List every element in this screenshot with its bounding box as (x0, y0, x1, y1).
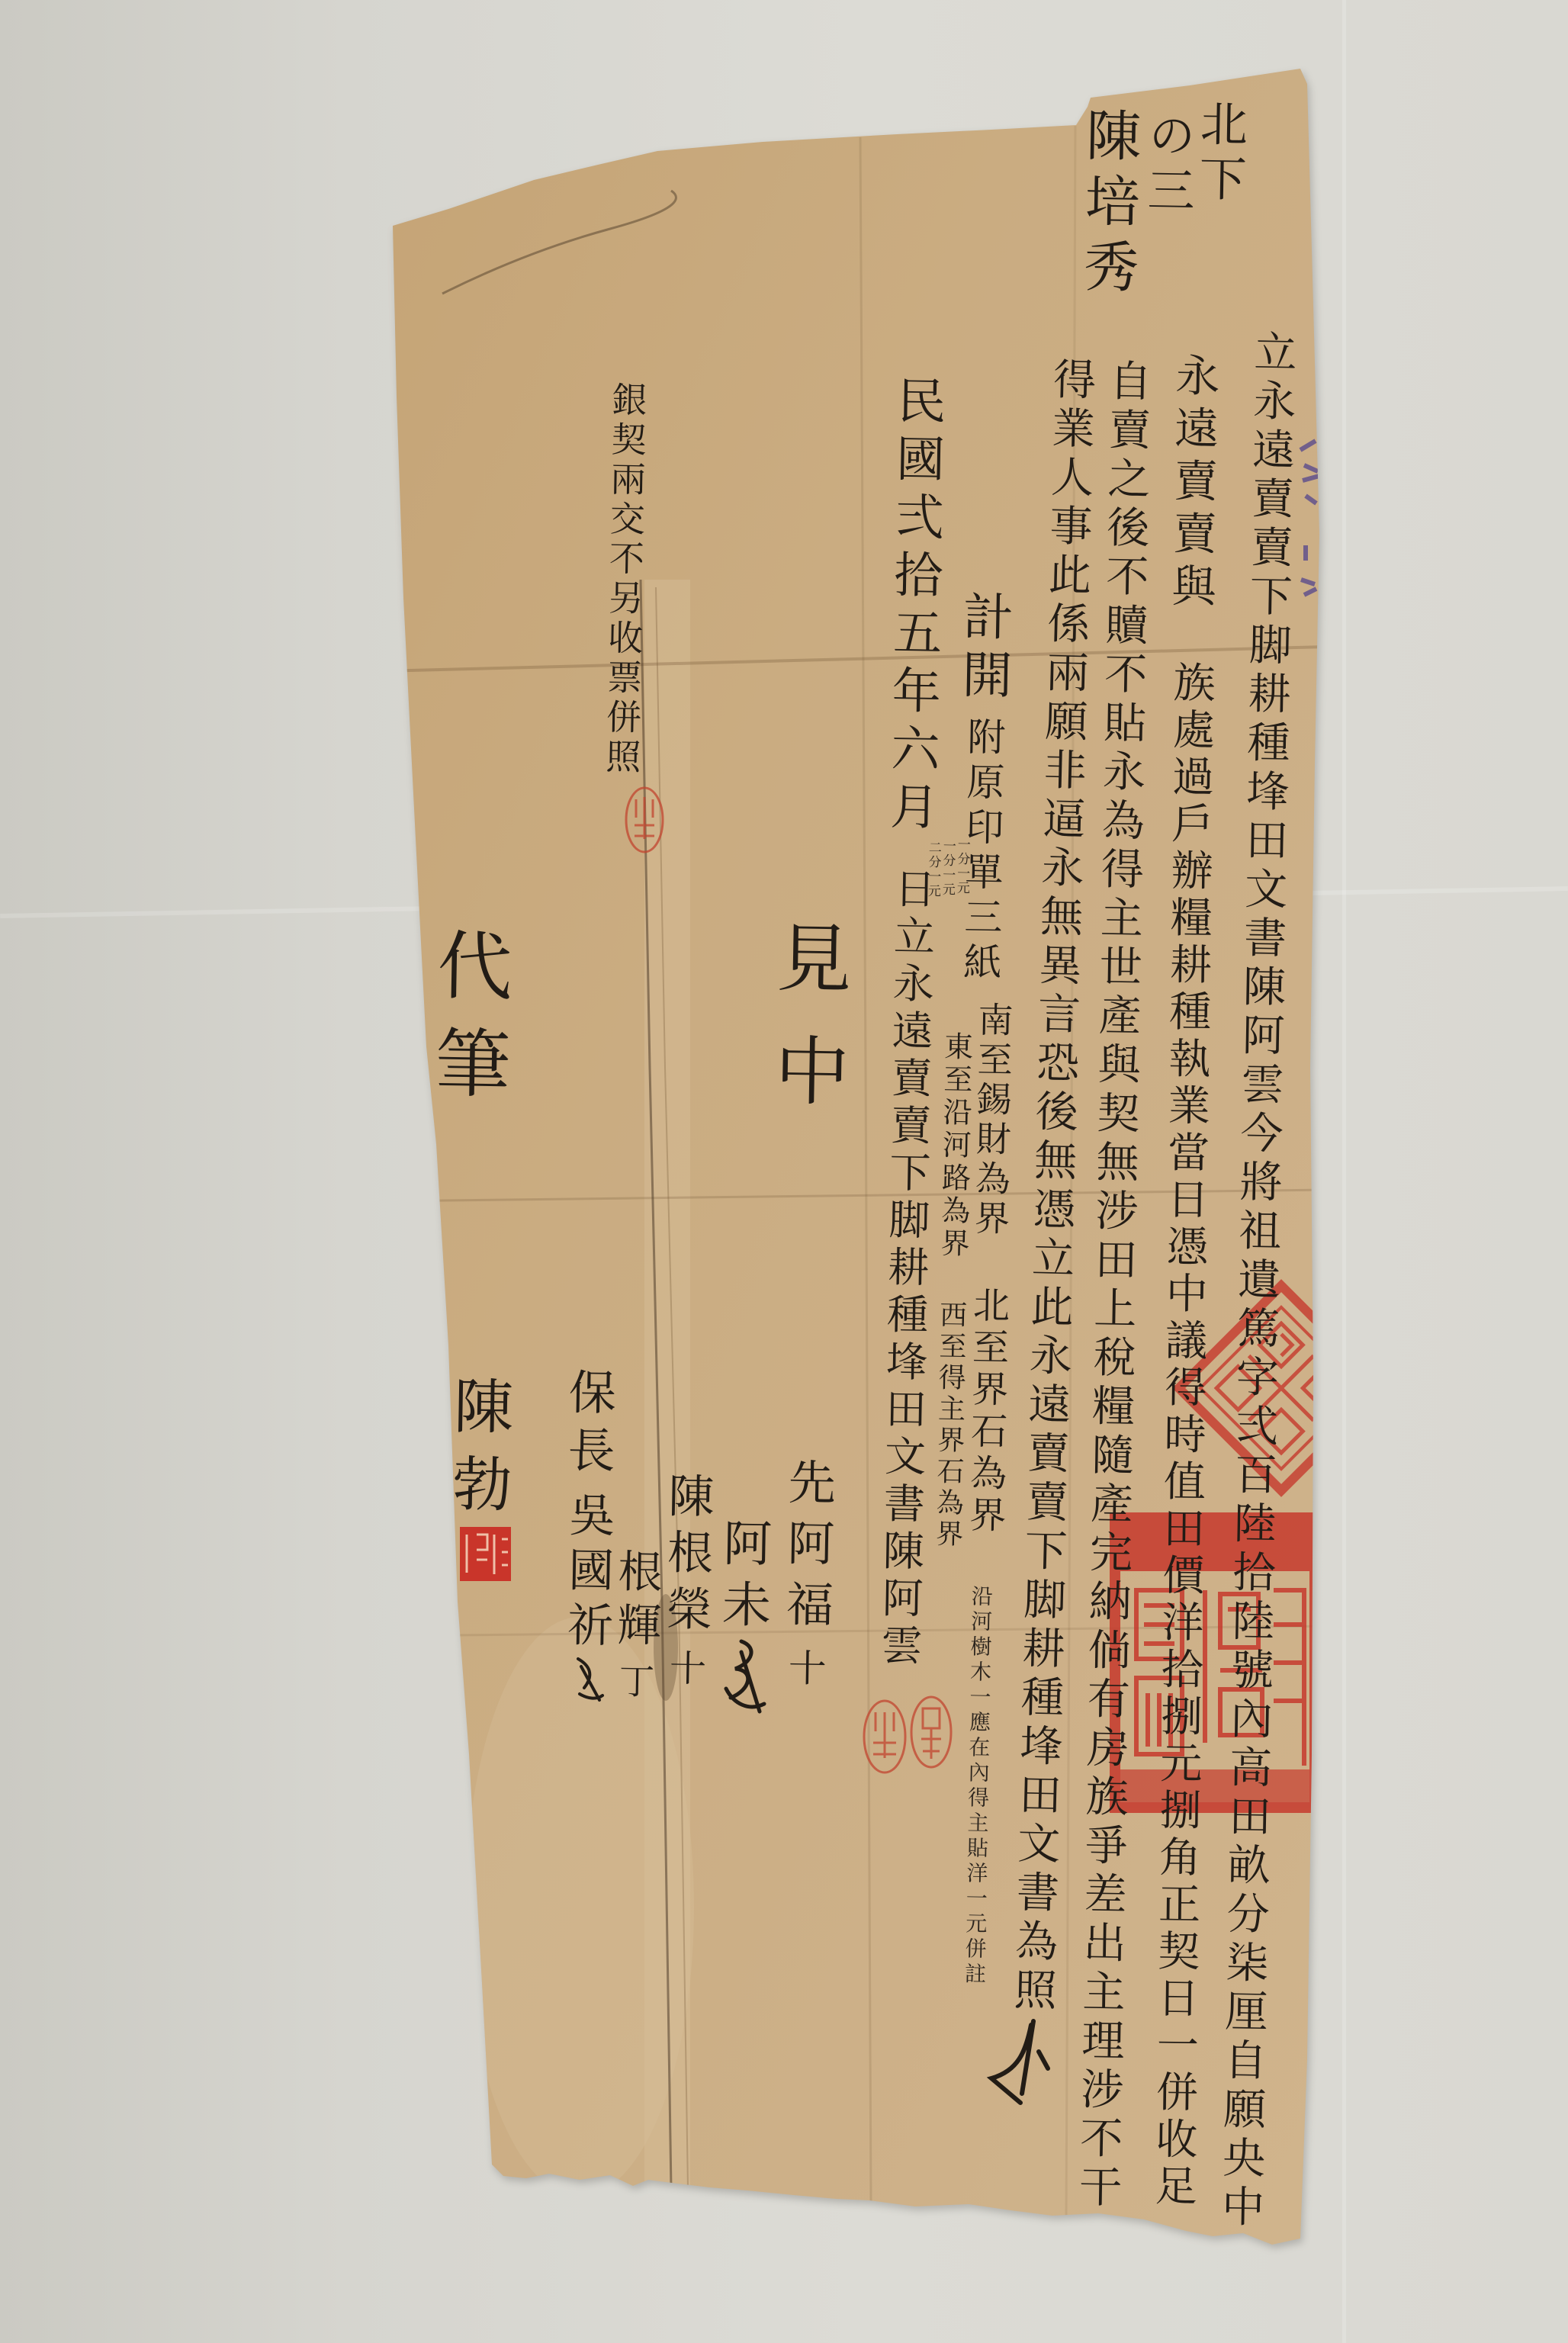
deed-sale-to-column: 永遠賣賣與 (1168, 352, 1216, 615)
witness-mark: 十 (782, 1640, 827, 1700)
deed-signatory-line: 日立永遠賣賣下脚耕種埄田文書陳阿雲 (878, 867, 933, 1672)
file-label-owner: 陳培秀 (1079, 106, 1137, 304)
headman-name: 吳國祈 (563, 1490, 612, 1656)
scribe-name: 陳勃 (446, 1374, 509, 1531)
boundary-south: 南至錫財為界 (972, 1001, 1011, 1240)
document-photo (0, 0, 1568, 2343)
deed-date: 民國弍拾五年六月 (885, 374, 942, 839)
witness-entry: 根輝丁 (612, 1548, 659, 1707)
receipt-note: 銀契兩交不另收票併照 (603, 381, 645, 779)
schedule-attachment-note: 一分一元 (940, 839, 954, 897)
witness-mark: 十 (663, 1641, 706, 1696)
scribe-label: 代筆 (429, 926, 506, 1123)
witness-name: 阿未 (713, 1517, 772, 1640)
schedule-attachment-note: 一分一元 (955, 837, 969, 895)
square-seal-scribe (460, 1527, 511, 1581)
boundary-north: 北至界石為界 (966, 1286, 1007, 1538)
paper-light-patch (465, 1617, 694, 2197)
witness-entry: 先阿福十 (780, 1457, 832, 1700)
boundary-east: 東至沿河路為界 (938, 1031, 971, 1261)
file-label-line1: 北下 (1194, 98, 1244, 209)
boundary-west: 西至得主界石為界 (933, 1300, 965, 1551)
witness-name: 陳根榮 (658, 1471, 715, 1641)
schedule-note: 沿河樹木一應在內得主貼洋一元併註 (963, 1585, 991, 1988)
file-label-line2: の三 (1142, 110, 1192, 220)
witness-mark: 丁 (613, 1655, 655, 1708)
headman-label: 保長 (563, 1367, 612, 1483)
witness-entry: 阿未 (717, 1517, 768, 1640)
witness-name: 先阿福 (778, 1457, 837, 1641)
schedule-heading: 計開 (956, 590, 1009, 706)
witness-name: 根輝 (609, 1548, 663, 1655)
witness-label: 見中 (767, 918, 846, 1146)
witness-entry: 陳根榮十 (661, 1471, 711, 1696)
